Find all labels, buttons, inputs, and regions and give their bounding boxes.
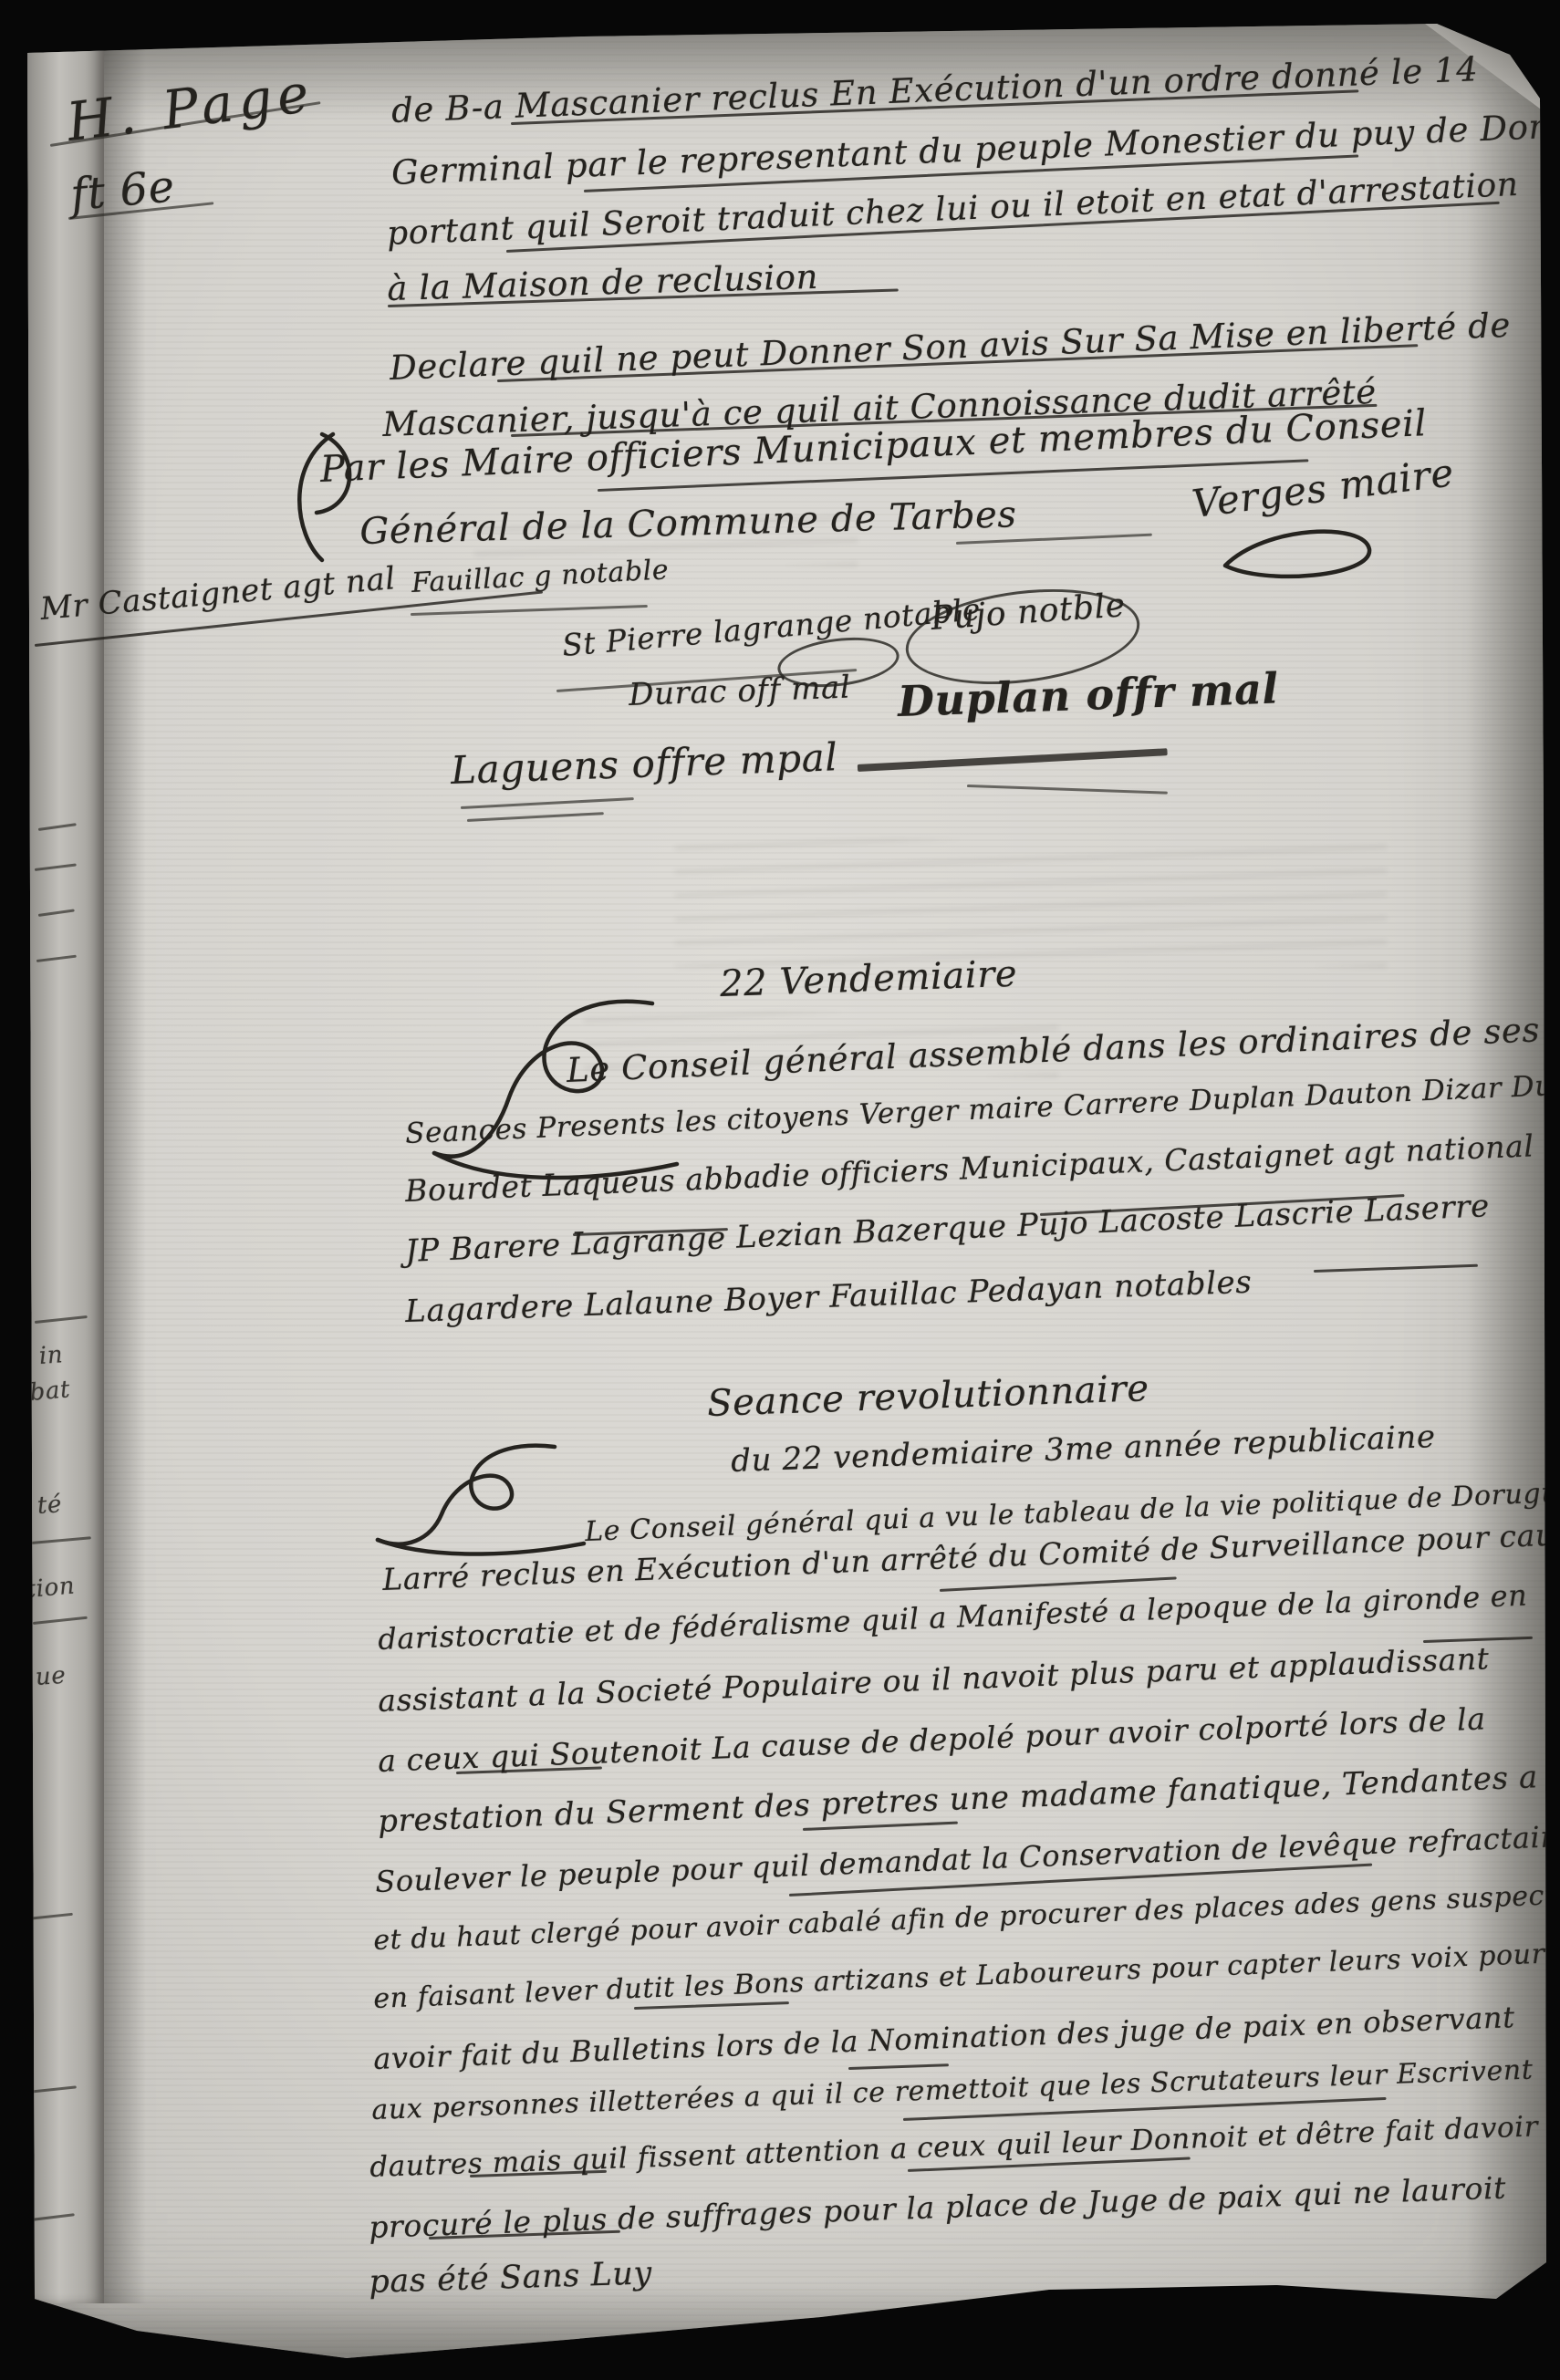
manuscript-line: pas été Sans Luy	[369, 2255, 653, 2301]
edge-pen-mark	[36, 955, 77, 962]
strike-mark	[940, 1576, 1177, 1592]
edge-pen-mark	[31, 2213, 75, 2221]
bleed-through-ghost	[675, 839, 1387, 967]
edge-fragment: té	[36, 1491, 63, 1520]
edge-pen-mark	[33, 1616, 88, 1625]
flourish-capital-l	[372, 1439, 591, 1558]
manuscript-scan: in bat té tion ue H. Page ft 6e de B	[0, 0, 1560, 2380]
edge-pen-mark	[35, 863, 77, 871]
signature-flourish	[1218, 518, 1382, 582]
edge-pen-mark	[35, 1315, 88, 1324]
signature-verges: Verges maire	[1190, 450, 1456, 526]
manuscript-page: in bat té tion ue H. Page ft 6e de B	[0, 0, 1560, 2380]
signature-durac: Durac off mal	[629, 670, 851, 713]
binding-crease-shadow	[104, 36, 146, 2303]
signature-underline	[967, 785, 1168, 795]
session-subheading: du 22 vendemiaire 3me année republicaine	[731, 1419, 1437, 1480]
edge-pen-mark	[27, 2085, 77, 2094]
flourish-capital-l	[429, 993, 684, 1184]
edge-pen-mark	[27, 1913, 73, 1920]
manuscript-line: Général de la Commune de Tarbes	[359, 494, 1017, 553]
edge-fragment: bat	[28, 1376, 71, 1407]
edge-fragment: tion	[25, 1572, 76, 1604]
strike-mark	[848, 2063, 949, 2070]
signature-underline	[858, 748, 1168, 772]
edge-pen-mark	[38, 823, 77, 831]
signature-laguens: Laguens offre mpal	[450, 734, 838, 793]
manuscript-line: Lagardere Lalaune Boyer Fauillac Pedayan…	[405, 1264, 1253, 1330]
signature-underline	[467, 812, 604, 822]
strike-mark	[1314, 1264, 1478, 1273]
edge-pen-mark	[31, 1536, 91, 1544]
session-heading: Seance revolutionnaire	[706, 1367, 1149, 1425]
edge-pen-mark	[38, 909, 75, 917]
signature-underline	[461, 797, 634, 809]
previous-page-edge: in bat té tion ue	[27, 36, 104, 2303]
signature-fauillac: Fauillac g notable	[411, 554, 670, 599]
signature-underline	[411, 605, 648, 616]
edge-fragment: ue	[35, 1662, 67, 1691]
edge-fragment: in	[38, 1341, 64, 1370]
